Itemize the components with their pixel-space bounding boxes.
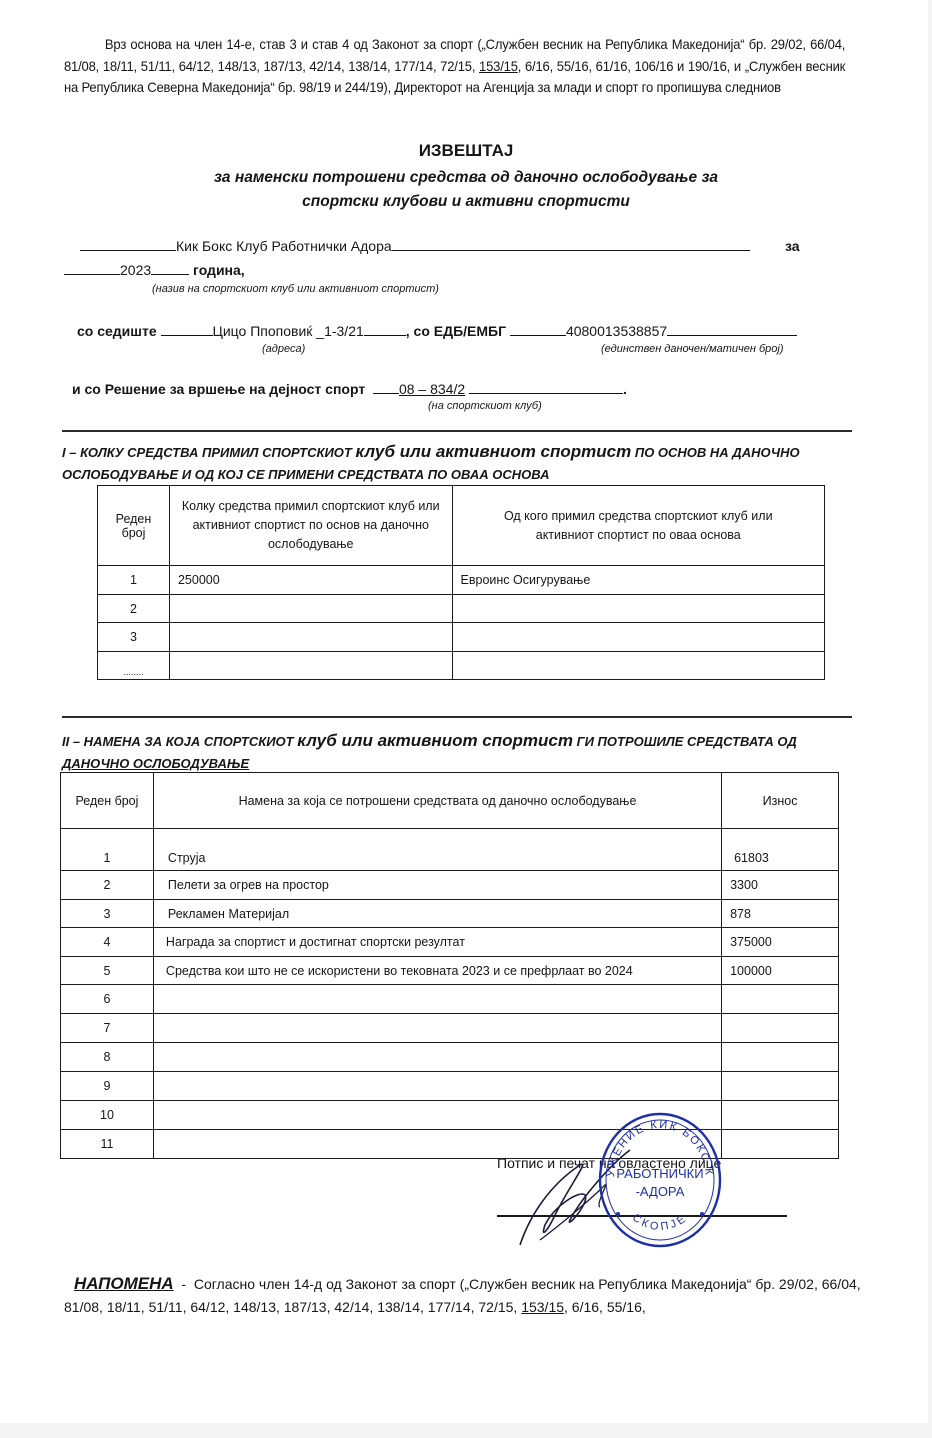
row-amount xyxy=(169,623,452,652)
resenie-hint: (на спортскиот клуб) xyxy=(428,400,542,412)
note-paragraph: НАПОМЕНА - Согласно член 14-д од Законот… xyxy=(64,1272,864,1319)
table-row: 2 Пелети за огрев на простор 3300 xyxy=(61,871,839,900)
blank-line xyxy=(80,236,176,251)
table-header-row: Реден број Намена за која се потрошени с… xyxy=(61,773,839,829)
blank-line xyxy=(667,321,797,336)
svg-text:-АДОРА: -АДОРА xyxy=(636,1184,685,1199)
resenie-number: 08 – 834/2 xyxy=(399,381,465,397)
section-1-heading: I – КОЛКУ СРЕДСТВА ПРИМИЛ СПОРТСКИОТ клу… xyxy=(62,441,800,486)
note-underlined-ref: 153/15 xyxy=(521,1299,564,1315)
document-subtitle: за наменски потрошени средства од даночн… xyxy=(0,166,932,214)
edb-label: , со ЕДБ/ЕМБГ xyxy=(406,323,506,339)
table-row: 1 Струја 61803 xyxy=(61,829,839,871)
table-row: 1 250000 Евроинс Осигурување xyxy=(98,566,825,595)
table-row: 3 xyxy=(98,623,825,652)
section-2-heading: II – НАМЕНА ЗА КОЈА СПОРТСКИОТ клуб или … xyxy=(62,730,797,775)
table-row: 7 xyxy=(61,1014,839,1043)
row-no: 11 xyxy=(61,1130,154,1159)
address-value: Цицо Ппоповиќ _1-3/21 xyxy=(213,323,364,339)
row-no: 1 xyxy=(61,829,154,871)
row-amount xyxy=(722,1130,839,1159)
row-no: 10 xyxy=(61,1101,154,1130)
row-from xyxy=(452,623,824,652)
godina-label: година, xyxy=(193,262,245,278)
column-header-no: Реден број xyxy=(98,486,170,566)
table-header-row: Реден број Колку средства примил спортск… xyxy=(98,486,825,566)
blank-line xyxy=(64,260,120,275)
row-no: 3 xyxy=(98,623,170,652)
edb-value: 4080013538857 xyxy=(566,323,667,339)
note-text: - Согласно член 14-д од Законот за спорт… xyxy=(64,1276,865,1315)
row-purpose: Награда за спортист и достигнат спортски… xyxy=(153,928,721,957)
table-row: 6 xyxy=(61,985,839,1014)
section-2-heading-line-1: II – НАМЕНА ЗА КОЈА СПОРТСКИОТ клуб или … xyxy=(62,730,797,753)
column-header-no: Реден број xyxy=(61,773,154,829)
column-header-amount: Колку средства примил спортскиот клуб ил… xyxy=(169,486,452,566)
row-amount: 878 xyxy=(722,900,839,928)
table-row: 3 Рекламен Материјал 878 xyxy=(61,900,839,928)
row-amount xyxy=(169,652,452,680)
club-name-value: Кик Бокс Клуб Работнички Адора xyxy=(176,238,392,254)
row-purpose xyxy=(153,1014,721,1043)
row-no: 9 xyxy=(61,1072,154,1101)
row-no: 6 xyxy=(61,985,154,1014)
za-label: за xyxy=(785,238,800,254)
seat-line: со седиште Цицо Ппоповиќ _1-3/21, со ЕДБ… xyxy=(77,321,797,339)
subtitle-line-1: за наменски потрошени средства од даночн… xyxy=(0,166,932,190)
row-no: 5 xyxy=(61,957,154,985)
club-name-hint: (назив на спортскиот клуб или активниот … xyxy=(152,283,439,295)
row-no: 7 xyxy=(61,1014,154,1043)
table-row: 9 xyxy=(61,1072,839,1101)
row-from: Евроинс Осигурување xyxy=(452,566,824,595)
section-1-prefix: I – КОЛКУ СРЕДСТВА ПРИМИЛ СПОРТСКИОТ xyxy=(62,445,355,460)
row-purpose: Пелети за огрев на простор xyxy=(153,871,721,900)
section-2-emphasis: клуб или активниот спортист xyxy=(297,731,573,750)
document-title: ИЗВЕШТАЈ xyxy=(0,141,932,161)
blank-line xyxy=(151,260,189,275)
club-name-line: Кик Бокс Клуб Работнички Адора xyxy=(80,236,750,254)
row-no: 1 xyxy=(98,566,170,595)
row-purpose: Рекламен Материјал xyxy=(153,900,721,928)
section-1-heading-line-1: I – КОЛКУ СРЕДСТВА ПРИМИЛ СПОРТСКИОТ клу… xyxy=(62,441,800,464)
row-from xyxy=(452,652,824,680)
row-amount: 3300 xyxy=(722,871,839,900)
table-row: 2 xyxy=(98,595,825,623)
edb-hint: (единствен даночен/матичен број) xyxy=(601,343,783,355)
note-heading: НАПОМЕНА xyxy=(74,1274,174,1293)
blank-line xyxy=(161,321,213,336)
column-header-from: Од кого примил средства спортскиот клуб … xyxy=(452,486,824,566)
row-no: ........ xyxy=(98,652,170,680)
row-amount xyxy=(722,1014,839,1043)
document-page: Врз основа на член 14-е, став 3 и став 4… xyxy=(0,0,928,1423)
official-stamp-icon: ЗДРУЖЕНИЕ КИК БОКС КЛУБ РАБОТНИЧКИ -АДОР… xyxy=(596,1110,724,1250)
row-from xyxy=(452,595,824,623)
year-value: 2023 xyxy=(120,262,151,278)
row-amount: 100000 xyxy=(722,957,839,985)
column-header-amount: Износ xyxy=(722,773,839,829)
blank-line xyxy=(392,236,750,251)
intro-paragraph: Врз основа на член 14-е, став 3 и став 4… xyxy=(64,34,845,99)
row-purpose xyxy=(153,985,721,1014)
row-no: 8 xyxy=(61,1043,154,1072)
resenie-label: и со Решение за вршење на дејност спорт xyxy=(72,381,365,397)
blank-line xyxy=(510,321,566,336)
row-purpose: Средства кои што не се искористени во те… xyxy=(153,957,721,985)
year-line: 2023 година, xyxy=(64,260,245,278)
row-amount xyxy=(722,1043,839,1072)
intro-underlined-ref: 153/15 xyxy=(479,58,518,74)
row-amount: 61803 xyxy=(722,829,839,871)
divider xyxy=(62,716,852,718)
row-purpose xyxy=(153,1043,721,1072)
row-amount: 250000 xyxy=(169,566,452,595)
divider xyxy=(62,430,852,432)
blank-line xyxy=(364,321,406,336)
section-1-emphasis: клуб или активниот спортист xyxy=(355,442,631,461)
row-amount xyxy=(169,595,452,623)
row-purpose xyxy=(153,1072,721,1101)
note-text-cont: , 6/16, 55/16, xyxy=(564,1299,646,1315)
row-no: 2 xyxy=(98,595,170,623)
spent-funds-table: Реден број Намена за која се потрошени с… xyxy=(60,772,839,1159)
row-amount xyxy=(722,985,839,1014)
blank-line xyxy=(373,379,399,394)
subtitle-line-2: спортски клубови и активни спортисти xyxy=(0,190,932,214)
section-1-heading-line-2: ОСЛОБОДУВАЊЕ И ОД КОЈ СЕ ПРИМЕНИ СРЕДСТВ… xyxy=(62,464,800,486)
section-1-suffix: ПО ОСНОВ НА ДАНОЧНО xyxy=(631,445,799,460)
row-amount xyxy=(722,1101,839,1130)
column-header-purpose: Намена за која се потрошени средствата о… xyxy=(153,773,721,829)
row-amount: 375000 xyxy=(722,928,839,957)
received-funds-table: Реден број Колку средства примил спортск… xyxy=(97,485,825,680)
table-row: 5 Средства кои што не се искористени во … xyxy=(61,957,839,985)
resenie-end: . xyxy=(623,381,627,397)
row-no: 4 xyxy=(61,928,154,957)
section-2-prefix: II – НАМЕНА ЗА КОЈА СПОРТСКИОТ xyxy=(62,734,297,749)
address-hint: (адреса) xyxy=(262,343,305,355)
section-2-suffix: ГИ ПОТРОШИЛЕ СРЕДСТВАТА ОД xyxy=(573,734,797,749)
resenie-line: и со Решение за вршење на дејност спорт … xyxy=(72,379,627,397)
table-row: ........ xyxy=(98,652,825,680)
svg-text:РАБОТНИЧКИ: РАБОТНИЧКИ xyxy=(616,1166,703,1181)
sediste-label: со седиште xyxy=(77,323,157,339)
row-no: 3 xyxy=(61,900,154,928)
table-row: 4 Награда за спортист и достигнат спортс… xyxy=(61,928,839,957)
row-purpose: Струја xyxy=(153,829,721,871)
row-no: 2 xyxy=(61,871,154,900)
blank-line xyxy=(469,379,623,394)
row-amount xyxy=(722,1072,839,1101)
table-row: 8 xyxy=(61,1043,839,1072)
svg-text:СКОПЈЕ: СКОПЈЕ xyxy=(630,1212,690,1234)
